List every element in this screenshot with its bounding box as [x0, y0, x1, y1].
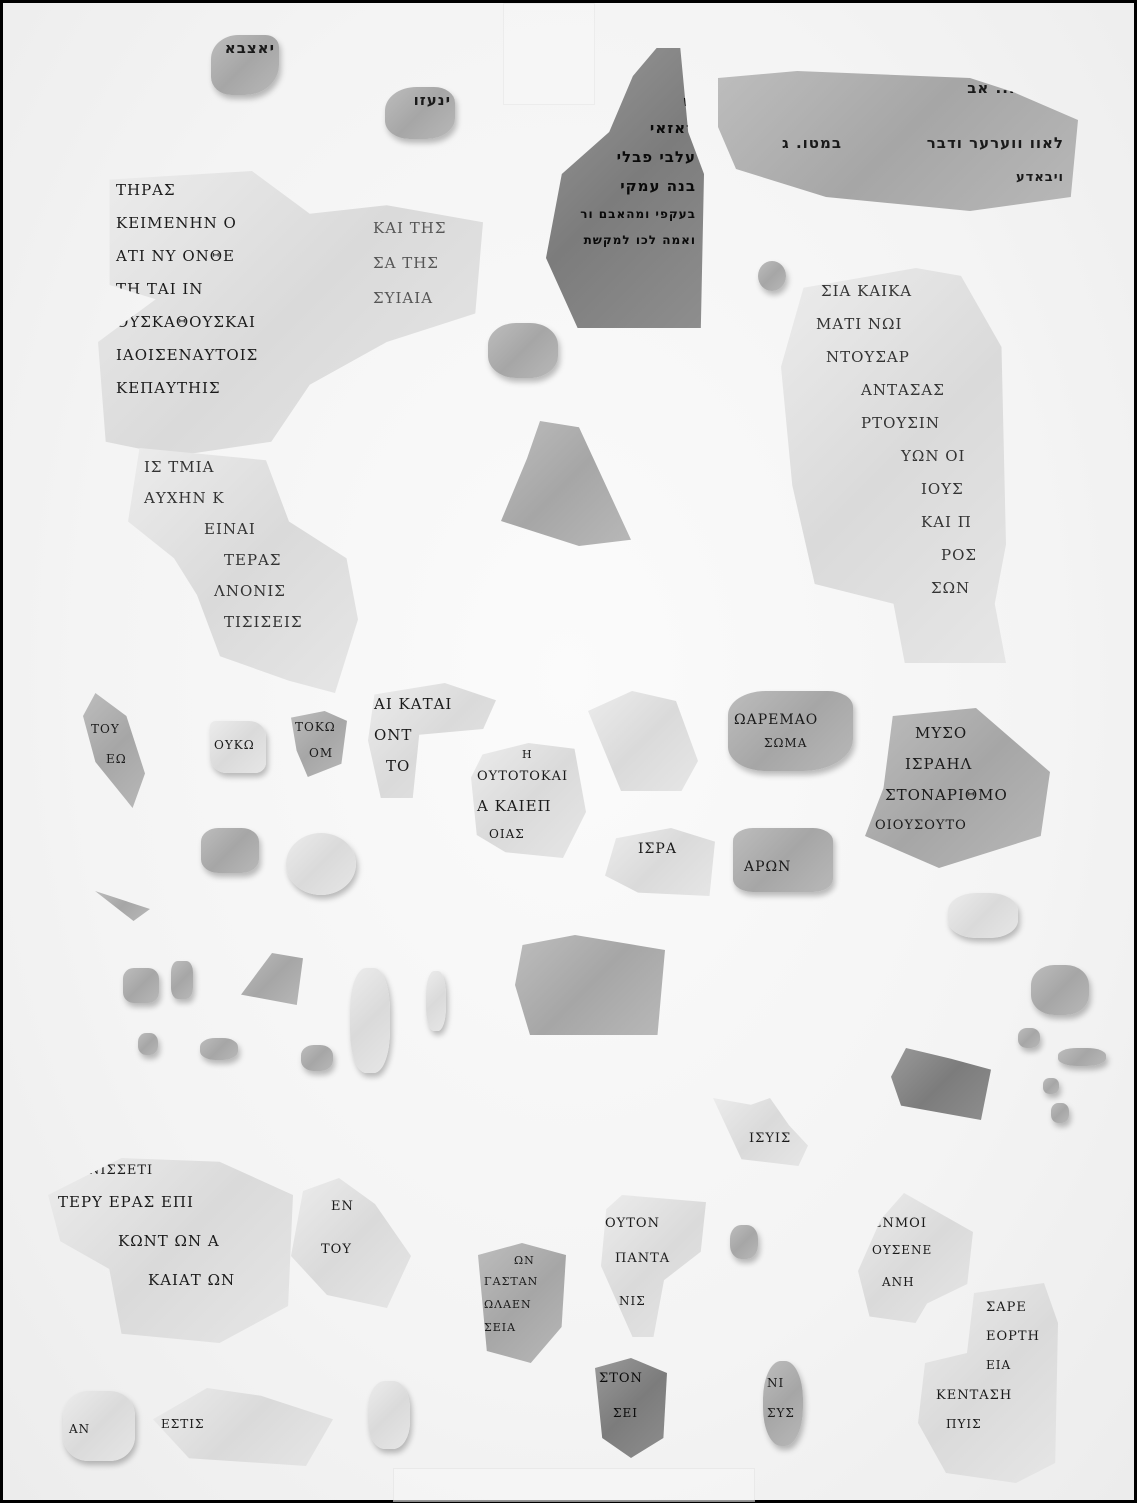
- fragment-text: ΩΑΡΕΜΑΟ: [734, 713, 847, 727]
- fragment-hebrew-small-2: ינעזו: [385, 87, 455, 139]
- fragment-text: ΤΟΥ: [91, 723, 137, 735]
- fragment-tiny-11: [1031, 965, 1089, 1015]
- fragment-tiny-15: [1051, 1103, 1069, 1123]
- fragment-text: ΝΙΣΣΕΤΙ: [88, 1164, 283, 1177]
- fragment-text: ΟΥΣΚΑΘΟΥΣΚΑΙ: [116, 315, 465, 330]
- fragment-text: ΕΙΑ: [986, 1359, 1050, 1371]
- fragment-greek-bottom-mid-3: ΣΤΟΝ ΣΕΙ: [595, 1358, 667, 1458]
- fragment-text: ΠΑΝΤΑ: [615, 1252, 702, 1265]
- fragment-text: ΣΕΙ: [613, 1407, 663, 1419]
- fragment-text: דאזאי: [554, 121, 696, 136]
- fragment-greek-bottom-left: ΝΙΣΣΕΤΙ ΤΕΡΥ ΕΡΑΣ ΕΠΙ ΚΩΝΤ ΩΝ Α ΚΑΙΑΤ ΩΝ: [48, 1158, 293, 1343]
- fragment-greek-right-mid: ΜΥΣΟ ΙΣΡΑΗΛ ΣΤΟΝΑΡΙΘΜΟ ΟΙΟΥΣΟΥΤΟ: [865, 708, 1050, 868]
- fragment-small-round-2: [286, 833, 356, 895]
- fragment-greek-bottom-right-2: ΣΑΡΕ ΕΟΡΤΗ ΕΙΑ ΚΕΝΤΑΣΗ ΠΥΙΣ: [918, 1283, 1058, 1483]
- fragment-text: ΕΟΡΤΗ: [986, 1330, 1050, 1343]
- fragment-text: ΝΙ: [767, 1377, 799, 1389]
- fragment-text: ΚΑΙ ΤΗΣ: [373, 221, 446, 236]
- fragment-text: ΤΙΣΙΣΕΙΣ: [224, 615, 342, 630]
- fragment-text: ΣΤΟΝ: [599, 1372, 663, 1385]
- fragment-text: ΚΩΝΤ ΩΝ Α: [118, 1234, 283, 1249]
- fragment-text: ב ... אב: [732, 81, 1032, 96]
- fragment-text: ΕΙΝΑΙ: [204, 522, 342, 537]
- fragment-hebrew-large: ב ... אב במטו. ג לאוו ווערער ודבר ויבאדע: [718, 71, 1078, 211]
- fragment-text: ΣΑ ΤΗΣ: [373, 256, 446, 271]
- fragment-text: ΙΣΥΙΣ: [749, 1132, 802, 1145]
- fragment-greek-small-tokw: ΤΟΚΩ ΟΜ: [291, 711, 347, 777]
- fragment-greek-small-oukw: ΟΥΚΩ: [210, 721, 266, 773]
- fragment-text: ΣΕΙΑ: [484, 1322, 560, 1333]
- fragment-text: עלבי פבלי: [554, 150, 696, 165]
- fragment-text: ΟΙΟΥΣΟΥΤΟ: [875, 819, 1040, 832]
- fragment-text: ΟΥΤΟΝ: [605, 1217, 702, 1230]
- fragment-text: ΕΝΜΟΙ: [872, 1217, 959, 1230]
- fragment-text: ΤΟΚΩ: [295, 721, 343, 733]
- fragment-tiny-8: [138, 1033, 158, 1055]
- fragment-greek-arwn: ΑΡΩΝ: [733, 828, 833, 892]
- fragment-text: ΟΥΣΕΝΕ: [872, 1244, 959, 1256]
- fragment-text: ΠΥΙΣ: [946, 1418, 1050, 1430]
- fragment-text: ΟΥΚΩ: [214, 739, 262, 751]
- fragment-text: במטו. ג: [732, 136, 842, 151]
- fragment-text: ΜΑΤΙ ΝΩΙ: [816, 317, 986, 332]
- mounting-sheet: יאצבא ינעזו ש דאזאי עלבי פבלי בנה עמקי ב…: [3, 3, 1134, 1500]
- fragment-text: בעקפי ומהאבם ור: [554, 208, 696, 220]
- fragment-small-right-1: [948, 893, 1018, 938]
- fragment-text: ΚΑΙ Π: [921, 515, 986, 530]
- fragment-small-round-1: [201, 828, 259, 873]
- fragment-tiny-2: [95, 891, 150, 921]
- fragment-text: Α ΚΑΙΕΠ: [477, 799, 580, 814]
- fragment-text: ΤΗΡΑΣ: [116, 183, 465, 198]
- fragment-tiny-7: [426, 971, 446, 1031]
- paper-tag-top: [503, 3, 595, 105]
- fragment-text: ΙΣΡΑ: [638, 842, 707, 856]
- fragment-greek-aremao: ΩΑΡΕΜΑΟ ΣΩΜΑ: [728, 691, 853, 771]
- fragment-tiny-1: [758, 261, 786, 291]
- fragment-greek-right-column: ΣΙΑ ΚΑΙΚΑ ΜΑΤΙ ΝΩΙ ΝΤΟΥΣΑΡ ΑΝΤΑΣΑΣ ΡΤΟΥΣ…: [781, 268, 1006, 663]
- fragment-text: ΣΩΜΑ: [764, 737, 847, 749]
- fragment-text: ΑΥΧΗΝ Κ: [144, 491, 342, 506]
- fragment-tiny-12: [1018, 1028, 1040, 1048]
- fragment-text: ΥΩΝ ΟΙ: [901, 449, 986, 464]
- fragment-text: ינעזו: [389, 93, 451, 108]
- fragment-text: Η: [522, 749, 580, 760]
- fragment-text: ΣΩΝ: [931, 581, 986, 596]
- fragment-text: ΚΑΙΑΤ ΩΝ: [148, 1273, 283, 1288]
- fragment-greek-bottom-mid-4: ΝΙ ΣΥΣ: [763, 1361, 803, 1446]
- fragment-blank-mid: [588, 691, 698, 791]
- fragment-text: ΑΝ: [69, 1423, 129, 1435]
- fragment-text: ΑΙ ΚΑΤΑΙ: [374, 697, 490, 712]
- fragment-tiny-9: [200, 1038, 238, 1060]
- fragment-text: ΝΤΟΥΣΑΡ: [826, 350, 986, 365]
- fragment-greek-toutokai: Η ΟΥΤΟΤΟΚΑΙ Α ΚΑΙΕΠ ΟΙΑΣ: [471, 743, 586, 858]
- fragment-text: בנה עמקי: [554, 179, 696, 194]
- fragment-text: ΣΑΡΕ: [986, 1301, 1050, 1314]
- fragment-text: יאצבא: [215, 41, 275, 56]
- fragment-text: ΚΕΠΑΥΤΗΙΣ: [116, 381, 465, 396]
- fragment-greek-bottom-mid-1: ΩΝ ΓΑΣΤΑΝ ΩΛΑΕΝ ΣΕΙΑ: [478, 1243, 566, 1363]
- fragment-text: ΡΤΟΥΣΙΝ: [861, 416, 986, 431]
- fragment-text: לאוו ווערער ודבר: [927, 136, 1064, 151]
- fragment-text: ΣΤΟΝΑΡΙΘΜΟ: [885, 788, 1040, 803]
- fragment-greek-left-lower: ΙΣ ΤΜΙΑ ΑΥΧΗΝ Κ ΕΙΝΑΙ ΤΕΡΑΣ ΛΝΟΝΙΣ ΤΙΣΙΣ…: [128, 448, 358, 693]
- fragment-text: ΟΥΤΟΤΟΚΑΙ: [477, 770, 580, 783]
- fragment-greek-iora: ΙΣΡΑ: [605, 828, 715, 896]
- fragment-tiny-13: [1058, 1048, 1106, 1066]
- fragment-text: ויבאדע: [1016, 171, 1064, 184]
- fragment-dark-blob: [891, 1048, 991, 1120]
- fragment-text: ΤΕΡΥ ΕΡΑΣ ΕΠΙ: [58, 1195, 283, 1210]
- fragment-text: ΓΑΣΤΑΝ: [484, 1276, 560, 1287]
- fragment-text: ΕΣΤΙΣ: [161, 1418, 325, 1430]
- fragment-text: ΑΝΤΑΣΑΣ: [861, 383, 986, 398]
- fragment-hebrew-small-1: יאצבא: [211, 35, 279, 95]
- fragment-text: ΟΙΑΣ: [489, 828, 580, 840]
- fragment-tiny-14: [1043, 1078, 1059, 1094]
- fragment-text: ΛΝΟΝΙΣ: [214, 584, 342, 599]
- photograph: יאצבא ינעזו ש דאזאי עלבי פבלי בנה עמקי ב…: [0, 0, 1137, 1503]
- fragment-text: ΣΥΙΑΙΑ: [373, 291, 446, 306]
- fragment-text: ΙΣΡΑΗΛ: [905, 757, 1040, 772]
- fragment-text: ΡΟΣ: [941, 548, 986, 563]
- fragment-tiny-5: [241, 953, 303, 1005]
- fragment-blank-triangle: [501, 421, 631, 546]
- fragment-text: ΕΝ: [331, 1200, 381, 1213]
- fragment-greek-bottom-right-1: ΕΝΜΟΙ ΟΥΣΕΝΕ ΑΝΗ: [858, 1193, 973, 1323]
- fragment-greek-large-left-right-column: ΚΑΙ ΤΗΣ ΣΑ ΤΗΣ ΣΥΙΑΙΑ: [373, 221, 446, 306]
- fragment-text: ΣΙΑ ΚΑΙΚΑ: [821, 284, 986, 299]
- fragment-text: ΣΥΣ: [767, 1407, 799, 1419]
- fragment-text: ΤΕΡΑΣ: [224, 553, 342, 568]
- fragment-text: ΑΝΗ: [882, 1276, 959, 1288]
- fragment-greek-bottom-row-2: ΕΣΤΙΣ: [153, 1388, 333, 1466]
- fragment-tiny-4: [171, 961, 193, 999]
- fragment-text: ΩΝ: [514, 1255, 560, 1266]
- fragment-greek-bottom-left-side: ΕΝ ΤΟΥ: [291, 1178, 411, 1308]
- fragment-text: ΜΥΣΟ: [915, 726, 1040, 741]
- fragment-text: ΙΟΥΣ: [921, 482, 986, 497]
- fragment-text: ΕΩ: [106, 753, 137, 765]
- fragment-text: ΚΕΝΤΑΣΗ: [936, 1389, 1050, 1402]
- fragment-tiny-16: [730, 1225, 758, 1259]
- fragment-text: ואמה לכו למקשת: [554, 234, 696, 246]
- fragment-text: ΩΛΑΕΝ: [484, 1299, 560, 1310]
- fragment-greek-bottom-row-1: ΑΝ: [63, 1391, 135, 1461]
- fragment-text: ΝΙΣ: [619, 1295, 702, 1307]
- fragment-greek-bottom-mid-2: ΟΥΤΟΝ ΠΑΝΤΑ ΝΙΣ: [601, 1195, 706, 1337]
- fragment-tiny-17: [368, 1381, 410, 1449]
- fragment-small-hebrew-3: [488, 323, 558, 378]
- fragment-greek-isyis: ΙΣΥΙΣ: [713, 1098, 808, 1166]
- fragment-mid-blank: [515, 935, 665, 1035]
- fragment-tiny-3: [123, 968, 159, 1003]
- fragment-text: ΙΣ ΤΜΙΑ: [144, 460, 342, 475]
- fragment-text: ΟΜ: [309, 747, 343, 759]
- fragment-text: ΙΑΟΙΣΕΝΑΥΤΟΙΣ: [116, 348, 465, 363]
- fragment-greek-large-left: ΤΗΡΑΣ ΚΕΙΜΕΝΗΝ Ο ΑΤΙ ΝΥ ΟΝΘΕ ΤΗ ΤΑΙ ΙΝ Ο…: [98, 171, 483, 456]
- fragment-tiny-10: [301, 1045, 333, 1071]
- paper-tag-bottom: [393, 1468, 755, 1502]
- fragment-text: ΟΝΤ: [374, 728, 490, 743]
- fragment-text: ΤΟΥ: [321, 1243, 381, 1256]
- fragment-text: ΑΡΩΝ: [744, 860, 827, 874]
- fragment-greek-small-tou: ΤΟΥ ΕΩ: [83, 693, 145, 808]
- fragment-tiny-6: [350, 968, 390, 1073]
